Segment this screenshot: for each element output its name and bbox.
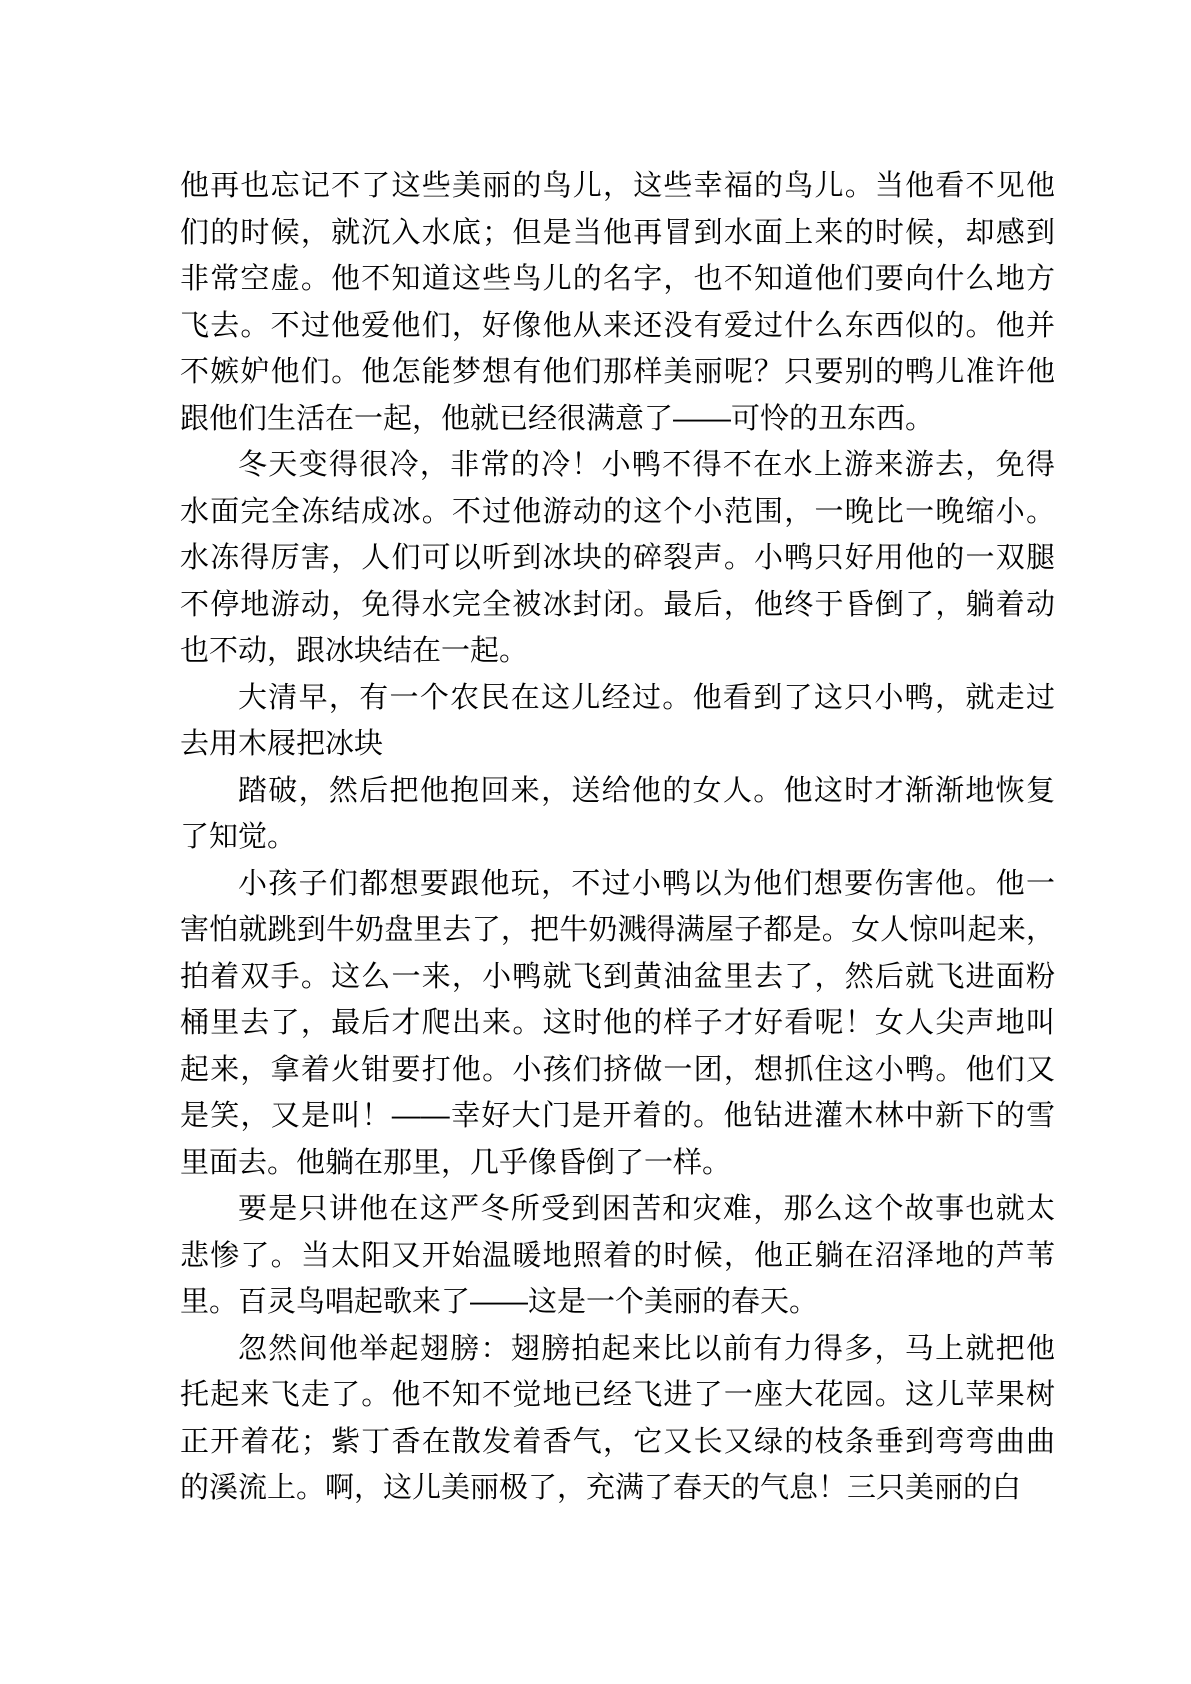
- text-line: 们的时候，就沉入水底；但是当他再冒到水面上来的时候，却感到: [180, 210, 1055, 257]
- paragraph: 忽然间他举起翅膀：翅膀拍起来比以前有力得多，马上就把他托起来飞走了。他不知不觉地…: [180, 1326, 1055, 1512]
- paragraph: 他再也忘记不了这些美丽的鸟儿，这些幸福的鸟儿。当他看不见他们的时候，就沉入水底；…: [180, 163, 1055, 442]
- paragraph: 冬天变得很冷，非常的冷！小鸭不得不在水上游来游去，免得水面完全冻结成冰。不过他游…: [180, 442, 1055, 675]
- text-line: 跟他们生活在一起，他就已经很满意了——可怜的丑东西。: [180, 396, 1055, 443]
- document-page: 他再也忘记不了这些美丽的鸟儿，这些幸福的鸟儿。当他看不见他们的时候，就沉入水底；…: [0, 0, 1191, 1684]
- text-line: 的溪流上。啊，这儿美丽极了，充满了春天的气息！三只美丽的白: [180, 1465, 1055, 1512]
- text-line: 里面去。他躺在那里，几乎像昏倒了一样。: [180, 1140, 1055, 1187]
- text-line: 非常空虚。他不知道这些鸟儿的名字，也不知道他们要向什么地方: [180, 256, 1055, 303]
- text-line: 拍着双手。这么一来，小鸭就飞到黄油盆里去了，然后就飞进面粉: [180, 954, 1055, 1001]
- paragraph: 小孩子们都想要跟他玩，不过小鸭以为他们想要伤害他。他一害怕就跳到牛奶盘里去了，把…: [180, 861, 1055, 1187]
- text-line: 桶里去了，最后才爬出来。这时他的样子才好看呢！女人尖声地叫: [180, 1000, 1055, 1047]
- text-line: 水面完全冻结成冰。不过他游动的这个小范围，一晚比一晚缩小。: [180, 489, 1055, 536]
- text-line: 小孩子们都想要跟他玩，不过小鸭以为他们想要伤害他。他一: [180, 861, 1055, 908]
- text-line: 要是只讲他在这严冬所受到困苦和灾难，那么这个故事也就太: [180, 1186, 1055, 1233]
- text-block: 他再也忘记不了这些美丽的鸟儿，这些幸福的鸟儿。当他看不见他们的时候，就沉入水底；…: [180, 163, 1055, 1512]
- text-line: 他再也忘记不了这些美丽的鸟儿，这些幸福的鸟儿。当他看不见他: [180, 163, 1055, 210]
- text-line: 是笑，又是叫！——幸好大门是开着的。他钻进灌木林中新下的雪: [180, 1093, 1055, 1140]
- text-line: 托起来飞走了。他不知不觉地已经飞进了一座大花园。这儿苹果树: [180, 1372, 1055, 1419]
- paragraph: 踏破，然后把他抱回来，送给他的女人。他这时才渐渐地恢复了知觉。: [180, 768, 1055, 861]
- text-line: 大清早，有一个农民在这儿经过。他看到了这只小鸭，就走过: [180, 675, 1055, 722]
- text-line: 害怕就跳到牛奶盘里去了，把牛奶溅得满屋子都是。女人惊叫起来，: [180, 907, 1055, 954]
- text-line: 不嫉妒他们。他怎能梦想有他们那样美丽呢？只要别的鸭儿准许他: [180, 349, 1055, 396]
- text-line: 里。百灵鸟唱起歌来了——这是一个美丽的春天。: [180, 1279, 1055, 1326]
- text-line: 水冻得厉害，人们可以听到冰块的碎裂声。小鸭只好用他的一双腿: [180, 535, 1055, 582]
- text-line: 飞去。不过他爱他们，好像他从来还没有爱过什么东西似的。他并: [180, 303, 1055, 350]
- text-line: 悲惨了。当太阳又开始温暖地照着的时候，他正躺在沼泽地的芦苇: [180, 1233, 1055, 1280]
- paragraph: 大清早，有一个农民在这儿经过。他看到了这只小鸭，就走过去用木屐把冰块: [180, 675, 1055, 768]
- text-line: 了知觉。: [180, 814, 1055, 861]
- text-line: 冬天变得很冷，非常的冷！小鸭不得不在水上游来游去，免得: [180, 442, 1055, 489]
- text-line: 正开着花；紫丁香在散发着香气，它又长又绿的枝条垂到弯弯曲曲: [180, 1419, 1055, 1466]
- text-line: 踏破，然后把他抱回来，送给他的女人。他这时才渐渐地恢复: [180, 768, 1055, 815]
- text-line: 忽然间他举起翅膀：翅膀拍起来比以前有力得多，马上就把他: [180, 1326, 1055, 1373]
- text-line: 不停地游动，免得水完全被冰封闭。最后，他终于昏倒了，躺着动: [180, 582, 1055, 629]
- text-line: 起来，拿着火钳要打他。小孩们挤做一团，想抓住这小鸭。他们又: [180, 1047, 1055, 1094]
- paragraph: 要是只讲他在这严冬所受到困苦和灾难，那么这个故事也就太悲惨了。当太阳又开始温暖地…: [180, 1186, 1055, 1326]
- text-line: 去用木屐把冰块: [180, 721, 1055, 768]
- text-line: 也不动，跟冰块结在一起。: [180, 628, 1055, 675]
